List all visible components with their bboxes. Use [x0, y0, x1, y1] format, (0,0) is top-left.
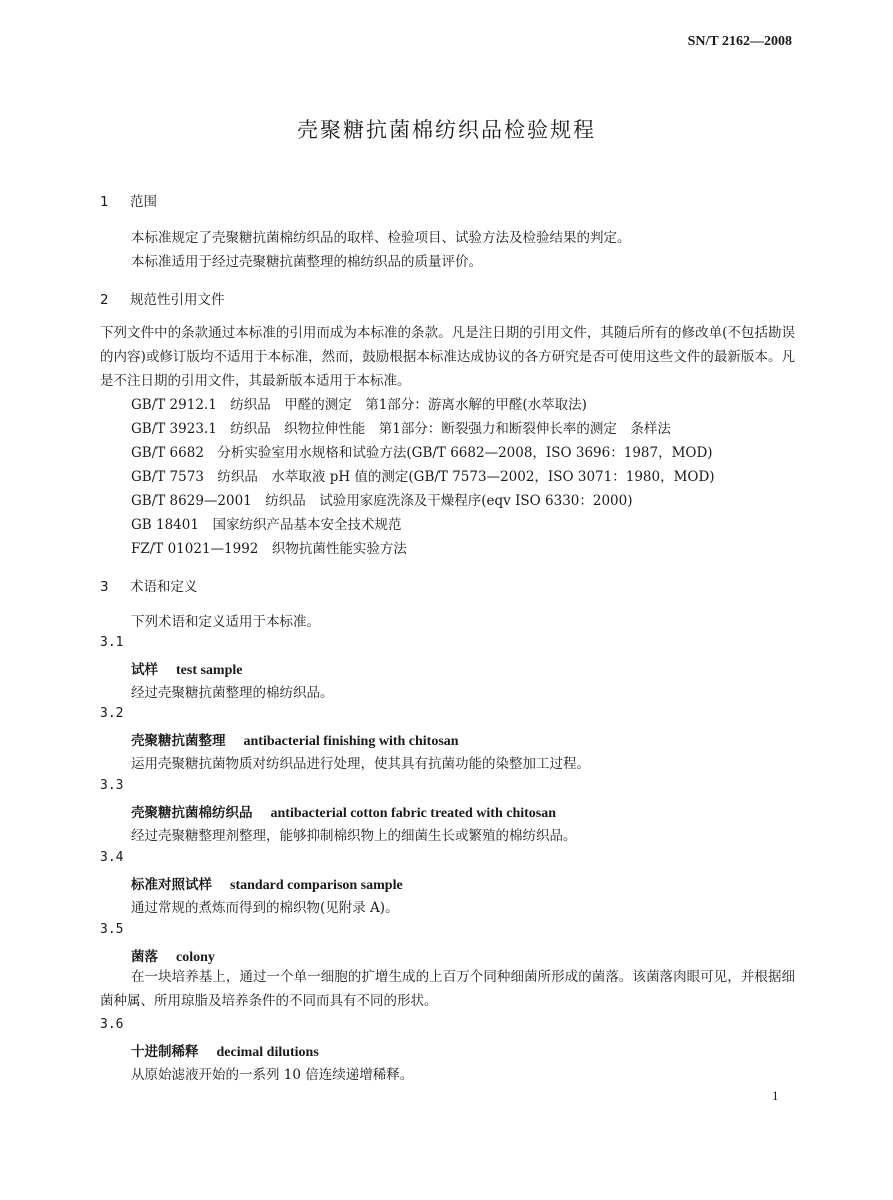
term-number: 3.6 — [100, 1017, 123, 1032]
section-2-heading: 2规范性引用文件 — [100, 288, 225, 308]
term-en: test sample — [176, 663, 243, 678]
term-en: decimal dilutions — [217, 1045, 319, 1060]
term-en: antibacterial cotton fabric treated with… — [271, 806, 557, 821]
term-en: standard comparison sample — [230, 878, 403, 893]
term-number: 3.1 — [100, 635, 123, 650]
page-number: 1 — [772, 1088, 779, 1104]
paragraph: 本标准适用于经过壳聚糖抗菌整理的棉纺织品的质量评价。 — [131, 250, 482, 274]
section-number: 2 — [100, 292, 130, 308]
term-heading: 十进制稀释decimal dilutions — [131, 1040, 319, 1061]
term-number: 3.3 — [100, 778, 123, 793]
paragraph-text: 在一块培养基上，通过一个单一细胞的扩增生成的上百万个同种细菌所形成的菌落。该菌落… — [100, 965, 795, 1013]
section-title: 规范性引用文件 — [130, 292, 225, 308]
reference-item: GB/T 7573 纺织品 水萃取液 pH 值的测定(GB/T 7573—200… — [131, 465, 715, 485]
term-definition: 在一块培养基上，通过一个单一细胞的扩增生成的上百万个同种细菌所形成的菌落。该菌落… — [100, 965, 795, 1013]
term-number: 3.4 — [100, 850, 123, 865]
reference-item: GB/T 3923.1 纺织品 织物拉伸性能 第1部分：断裂强力和断裂伸长率的测… — [131, 417, 671, 437]
term-heading: 壳聚糖抗菌棉纺织品antibacterial cotton fabric tre… — [131, 801, 556, 822]
section-1-heading: 1范围 — [100, 190, 157, 210]
term-definition: 通过常规的煮炼而得到的棉织物(见附录 A)。 — [131, 896, 399, 920]
term-definition: 从原始滤液开始的一系列 10 倍连续递增稀释。 — [131, 1063, 413, 1087]
paragraph-text: 下列文件中的条款通过本标准的引用而成为本标准的条款。凡是注日期的引用文件，其随后… — [69, 321, 795, 393]
term-number: 3.5 — [100, 922, 123, 937]
document-title: 壳聚糖抗菌棉纺织品检验规程 — [0, 114, 893, 144]
reference-item: GB 18401 国家纺织产品基本安全技术规范 — [131, 513, 401, 533]
term-definition: 经过壳聚糖抗菌整理的棉纺织品。 — [131, 681, 334, 705]
term-zh: 菌落 — [131, 949, 158, 965]
term-zh: 十进制稀释 — [131, 1044, 199, 1060]
term-heading: 标准对照试样standard comparison sample — [131, 873, 403, 894]
reference-item: FZ/T 01021—1992 织物抗菌性能实验方法 — [131, 537, 407, 557]
standard-code: SN/T 2162—2008 — [0, 34, 792, 50]
paragraph: 下列文件中的条款通过本标准的引用而成为本标准的条款。凡是注日期的引用文件，其随后… — [100, 321, 795, 393]
term-number: 3.2 — [100, 706, 123, 721]
term-heading: 壳聚糖抗菌整理antibacterial finishing with chit… — [131, 729, 459, 750]
term-zh: 标准对照试样 — [131, 877, 212, 893]
section-number: 1 — [100, 194, 130, 210]
term-zh: 壳聚糖抗菌整理 — [131, 733, 226, 749]
section-title: 范围 — [130, 194, 157, 210]
term-zh: 试样 — [131, 662, 158, 678]
paragraph: 本标准规定了壳聚糖抗菌棉纺织品的取样、检验项目、试验方法及检验结果的判定。 — [131, 226, 631, 250]
term-en: colony — [176, 950, 215, 965]
term-heading: 试样test sample — [131, 658, 243, 679]
term-zh: 壳聚糖抗菌棉纺织品 — [131, 805, 253, 821]
section-3-heading: 3术语和定义 — [100, 575, 198, 595]
term-definition: 经过壳聚糖整理剂整理，能够抑制棉织物上的细菌生长或繁殖的棉纺织品。 — [131, 824, 577, 848]
section-title: 术语和定义 — [130, 579, 198, 595]
section-number: 3 — [100, 579, 130, 595]
reference-item: GB/T 8629—2001 纺织品 试验用家庭洗涤及干燥程序(eqv ISO … — [131, 489, 633, 509]
paragraph: 下列术语和定义适用于本标准。 — [131, 610, 320, 634]
reference-item: GB/T 2912.1 纺织品 甲醛的测定 第1部分：游离水解的甲醛(水萃取法) — [131, 393, 587, 413]
term-heading: 菌落colony — [131, 945, 215, 966]
term-definition: 运用壳聚糖抗菌物质对纺织品进行处理，使其具有抗菌功能的染整加工过程。 — [131, 752, 590, 776]
term-en: antibacterial finishing with chitosan — [244, 734, 459, 749]
reference-item: GB/T 6682 分析实验室用水规格和试验方法(GB/T 6682—2008，… — [131, 441, 713, 461]
